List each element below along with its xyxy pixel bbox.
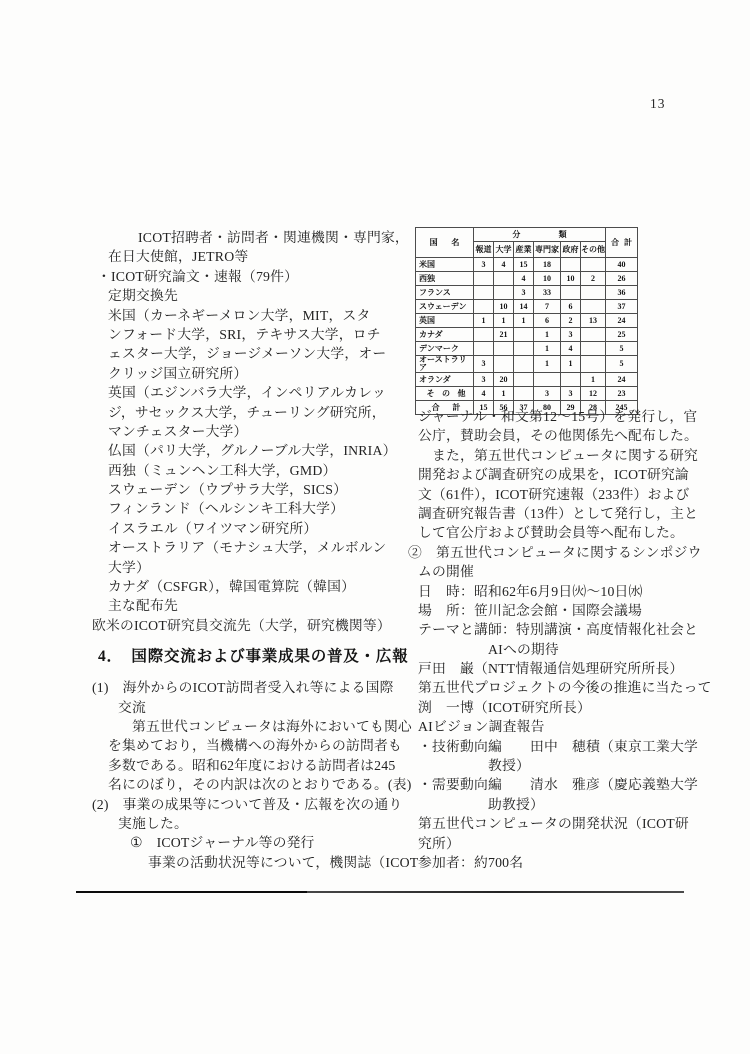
subheader-cell: 報道 [474, 242, 494, 258]
text-line: 交流 [92, 698, 414, 717]
subheader-cell: 専門家 [534, 242, 561, 258]
value-cell: 10 [561, 272, 581, 286]
total-cell: 24 [606, 314, 638, 328]
section-4-body: (1) 海外からのICOT訪問者受入れ等による国際交流 第五世代コンピュータは海… [92, 678, 414, 872]
value-cell: 1 [494, 314, 514, 328]
value-cell: 1 [474, 314, 494, 328]
text-line: ・ICOT研究論文・速報（79件） [92, 267, 414, 286]
text-line: ンフォード大学，SRI，テキサス大学，ロチ [92, 325, 414, 344]
value-cell: 2 [561, 314, 581, 328]
right-column: 国名分類合計報道大学産業専門家政府その他米国34151840西独41010226… [408, 227, 743, 415]
text-line: 米国（カーネギーメロン大学，MIT，スタ [92, 306, 414, 325]
text-line: ジ，サセックス大学，チューリング研究所， [92, 403, 414, 422]
value-cell: 12 [581, 387, 606, 401]
text-line: フィンランド（ヘルシンキ工科大学） [92, 499, 414, 518]
table-row: フランス33336 [416, 286, 638, 300]
text-line: AIビジョン調査報告 [408, 717, 743, 736]
text-line: 在日大使館，JETRO等 [92, 247, 414, 266]
country-cell: スウェーデン [416, 300, 474, 314]
total-cell: 26 [606, 272, 638, 286]
total-cell: 37 [606, 300, 638, 314]
text-line: 場 所：笹川記念会館・国際会議場 [408, 601, 743, 620]
value-cell [474, 272, 494, 286]
value-cell [514, 387, 534, 401]
text-line: 実施した。 [92, 814, 414, 833]
value-cell [494, 286, 514, 300]
table-row: 米国34151840 [416, 258, 638, 272]
table-row: オーストラリア3115 [416, 356, 638, 373]
text-line: 調査研究報告書（13件）として発行し，主と [408, 504, 743, 523]
visitors-table-wrapper: 国名分類合計報道大学産業専門家政府その他米国34151840西独41010226… [415, 227, 743, 415]
text-line: オーストラリア（モナシュ大学，メルボルン [92, 538, 414, 557]
total-cell: 25 [606, 328, 638, 342]
value-cell [514, 342, 534, 356]
value-cell: 14 [514, 300, 534, 314]
text-line: 定期交換先 [92, 286, 414, 305]
footer-rule [76, 891, 684, 893]
table-row: カナダ211325 [416, 328, 638, 342]
text-line: 戸田 巌（NTT情報通信処理研究所所長） [408, 659, 743, 678]
text-line: 教授） [408, 756, 743, 775]
value-cell: 1 [581, 373, 606, 387]
value-cell: 1 [534, 342, 561, 356]
subheader-cell: 大学 [494, 242, 514, 258]
country-cell: オランダ [416, 373, 474, 387]
value-cell: 15 [514, 258, 534, 272]
category-header: 分類 [474, 228, 606, 242]
value-cell: 3 [474, 356, 494, 373]
text-line: 渕 一博（ICOT研究所長） [408, 698, 743, 717]
text-line: 主な配布先 [92, 596, 414, 615]
text-line: テーマと講師：特別講演・高度情報化社会と [408, 620, 743, 639]
country-cell: カナダ [416, 328, 474, 342]
value-cell [474, 342, 494, 356]
total-cell: 36 [606, 286, 638, 300]
text-line: を集めており，当機構への海外からの訪問者も [92, 736, 414, 755]
text-line: ・技術動向編 田中 穂積（東京工業大学 [408, 737, 743, 756]
value-cell [494, 272, 514, 286]
text-line: (2) 事業の成果等について普及・広報を次の通り [92, 795, 414, 814]
table-row: 英国111621324 [416, 314, 638, 328]
value-cell: 21 [494, 328, 514, 342]
text-line: 第五世代コンピュータは海外においても関心 [92, 717, 414, 736]
table-row: デンマーク145 [416, 342, 638, 356]
value-cell [561, 286, 581, 300]
value-cell [474, 286, 494, 300]
value-cell [581, 328, 606, 342]
subheader-cell: 政府 [561, 242, 581, 258]
country-cell: 英国 [416, 314, 474, 328]
page-number: 13 [650, 96, 666, 112]
country-cell: その他 [416, 387, 474, 401]
value-cell: 1 [561, 356, 581, 373]
value-cell [514, 373, 534, 387]
value-cell: 18 [534, 258, 561, 272]
text-line: 助教授） [408, 795, 743, 814]
value-cell [581, 258, 606, 272]
value-cell [581, 286, 606, 300]
text-line: ジャーナル・和文第12～15号）を発行し，官 [408, 407, 743, 426]
value-cell: 7 [534, 300, 561, 314]
total-cell: 23 [606, 387, 638, 401]
total-cell: 40 [606, 258, 638, 272]
text-line: クリッジ国立研究所） [92, 364, 414, 383]
text-line: AIへの期待 [408, 640, 743, 659]
text-line: 文（61件），ICOT研究速報（233件）および [408, 485, 743, 504]
country-cell: オーストラリア [416, 356, 474, 373]
value-cell [514, 356, 534, 373]
value-cell [474, 328, 494, 342]
text-line: また，第五世代コンピュータに関する研究 [408, 446, 743, 465]
country-header: 国名 [416, 228, 474, 258]
text-line: 事業の活動状況等について，機関誌（ICOT [92, 853, 414, 872]
value-cell: 6 [534, 314, 561, 328]
text-line: カナダ（CSFGR），韓国電算院（韓国） [92, 577, 414, 596]
value-cell: 1 [534, 328, 561, 342]
subheader-cell: 産業 [514, 242, 534, 258]
text-line: ・需要動向編 清水 雅彦（慶応義塾大学 [408, 775, 743, 794]
table-row: オランダ320124 [416, 373, 638, 387]
value-cell: 1 [534, 356, 561, 373]
value-cell: 3 [474, 258, 494, 272]
value-cell [474, 300, 494, 314]
table-row: 西独41010226 [416, 272, 638, 286]
visitors-table: 国名分類合計報道大学産業専門家政府その他米国34151840西独41010226… [415, 227, 638, 415]
text-line: ェスター大学，ジョージメーソン大学，オー [92, 344, 414, 363]
text-line: ② 第五世代コンピュータに関するシンポジウ [408, 543, 743, 562]
text-line: ICOT招聘者・訪問者・関連機関・専門家， [92, 228, 414, 247]
value-cell: 10 [534, 272, 561, 286]
value-cell: 3 [561, 387, 581, 401]
left-column: ICOT招聘者・訪問者・関連機関・専門家，在日大使館，JETRO等・ICOT研究… [92, 228, 414, 872]
document-page: 13 ICOT招聘者・訪問者・関連機関・専門家，在日大使館，JETRO等・ICO… [0, 0, 750, 1054]
total-cell: 5 [606, 342, 638, 356]
text-line: 日 時：昭和62年6月9日㈫～10日㈬ [408, 582, 743, 601]
table-header-row: 国名分類合計 [416, 228, 638, 242]
section-heading: 4． 国際交流および事業成果の普及・広報 [98, 646, 414, 668]
text-line: 公庁，賛助会員，その他関係先へ配布した。 [408, 426, 743, 445]
table-row: その他41331223 [416, 387, 638, 401]
text-line: ムの開催 [408, 562, 743, 581]
right-column-text: ジャーナル・和文第12～15号）を発行し，官公庁，賛助会員，その他関係先へ配布し… [408, 407, 743, 872]
value-cell: 3 [534, 387, 561, 401]
text-line: (1) 海外からのICOT訪問者受入れ等による国際 [92, 678, 414, 697]
country-cell: フランス [416, 286, 474, 300]
value-cell: 20 [494, 373, 514, 387]
value-cell: 33 [534, 286, 561, 300]
text-line: マンチェスター大学） [92, 422, 414, 441]
value-cell: 4 [474, 387, 494, 401]
value-cell: 2 [581, 272, 606, 286]
value-cell: 4 [514, 272, 534, 286]
country-cell: デンマーク [416, 342, 474, 356]
text-line: 名にのぼり，その内訳は次のとおりである。(表) [92, 775, 414, 794]
value-cell [561, 258, 581, 272]
text-line: 開発および調査研究の成果を，ICOT研究論 [408, 465, 743, 484]
text-line: 参加者：約700名 [408, 853, 743, 872]
text-line: イスラエル（ワイツマン研究所） [92, 519, 414, 538]
value-cell [494, 356, 514, 373]
text-line: 仏国（パリ大学，グルノーブル大学，INRIA） [92, 441, 414, 460]
total-cell: 5 [606, 356, 638, 373]
value-cell: 10 [494, 300, 514, 314]
value-cell: 6 [561, 300, 581, 314]
value-cell [514, 328, 534, 342]
value-cell [494, 342, 514, 356]
text-line: スウェーデン（ウプサラ大学，SICS） [92, 480, 414, 499]
value-cell [581, 356, 606, 373]
value-cell: 13 [581, 314, 606, 328]
text-line: 大学） [92, 558, 414, 577]
text-line: 西独（ミュンヘン工科大学，GMD） [92, 461, 414, 480]
value-cell [581, 342, 606, 356]
total-header: 合計 [606, 228, 638, 258]
value-cell: 4 [494, 258, 514, 272]
value-cell: 3 [561, 328, 581, 342]
total-cell: 24 [606, 373, 638, 387]
text-line: 究所） [408, 834, 743, 853]
text-line: 第五世代プロジェクトの今後の推進に当たって [408, 678, 743, 697]
value-cell: 4 [561, 342, 581, 356]
value-cell [534, 373, 561, 387]
distribution-list: ICOT招聘者・訪問者・関連機関・専門家，在日大使館，JETRO等・ICOT研究… [92, 228, 414, 635]
value-cell: 1 [514, 314, 534, 328]
country-cell: 米国 [416, 258, 474, 272]
text-line: 欧米のICOT研究員交流先（大学，研究機関等） [92, 616, 414, 635]
value-cell: 3 [514, 286, 534, 300]
value-cell: 3 [474, 373, 494, 387]
value-cell: 1 [494, 387, 514, 401]
text-line: 英国（エジンバラ大学，インペリアルカレッ [92, 383, 414, 402]
value-cell [561, 373, 581, 387]
text-line: 第五世代コンピュータの開発状況（ICOT研 [408, 814, 743, 833]
text-line: して官公庁および賛助会員等へ配布した。 [408, 523, 743, 542]
value-cell [581, 300, 606, 314]
subheader-cell: その他 [581, 242, 606, 258]
country-cell: 西独 [416, 272, 474, 286]
text-line: 多数である。昭和62年度における訪問者は245 [92, 756, 414, 775]
text-line: ① ICOTジャーナル等の発行 [92, 833, 414, 852]
table-row: スウェーデン10147637 [416, 300, 638, 314]
